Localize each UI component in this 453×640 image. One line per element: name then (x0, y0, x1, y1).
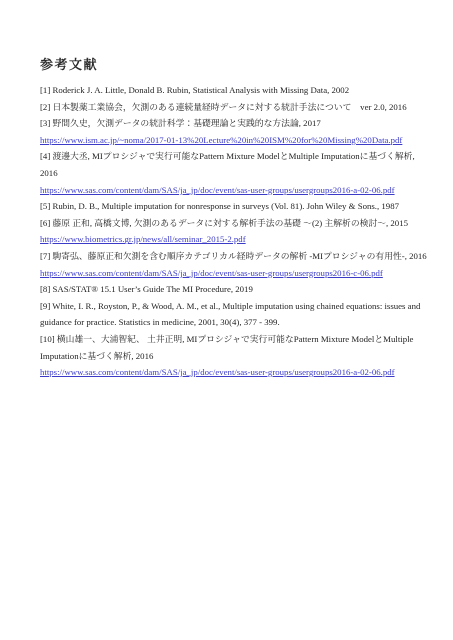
page-content: 参考文献 [1] Roderick J. A. Little, Donald B… (0, 0, 453, 381)
reference-link[interactable]: https://www.ism.ac.jp/~noma/2017-01-13%2… (40, 135, 402, 145)
reference-item: [9] White, I. R., Royston, P., & Wood, A… (40, 298, 427, 331)
document-page: 参考文献 [1] Roderick J. A. Little, Donald B… (0, 0, 453, 640)
reference-text: [6] 藤原 正和, 高橋文博, 欠測のあるデータに対する解析手法の基礎 〜(2… (40, 215, 427, 232)
reference-text: [7] 駒寄弘、藤原正和欠測を含む順序カテゴリカル経時データの解析 -MIプロシ… (40, 248, 427, 265)
reference-url-line: https://www.ism.ac.jp/~noma/2017-01-13%2… (40, 132, 427, 149)
reference-text: [8] SAS/STAT® 15.1 User’s Guide The MI P… (40, 281, 427, 298)
reference-text: [2] 日本製薬工業協会，欠測のある連続量経時データに対する統計手法について v… (40, 99, 427, 116)
reference-text: [5] Rubin, D. B., Multiple imputation fo… (40, 198, 427, 215)
reference-item: [8] SAS/STAT® 15.1 User’s Guide The MI P… (40, 281, 427, 298)
reference-item: [6] 藤原 正和, 高橋文博, 欠測のあるデータに対する解析手法の基礎 〜(2… (40, 215, 427, 248)
reference-text: [4] 渡邊大丞, MIプロシジャで実行可能なPattern Mixture M… (40, 148, 427, 181)
reference-link[interactable]: https://www.sas.com/content/dam/SAS/ja_j… (40, 367, 395, 377)
reference-item: [5] Rubin, D. B., Multiple imputation fo… (40, 198, 427, 215)
reference-url-line: https://www.sas.com/content/dam/SAS/ja_j… (40, 364, 427, 381)
reference-text: [10] 横山雄一、大浦智紀、 土井正明, MIプロシジャで実行可能なPatte… (40, 331, 427, 364)
reference-text: [1] Roderick J. A. Little, Donald B. Rub… (40, 82, 427, 99)
reference-url-line: https://www.sas.com/content/dam/SAS/ja_j… (40, 265, 427, 282)
reference-item: [3] 野間久史，欠測データの統計科学：基礎理論と実践的な方法論, 2017 h… (40, 115, 427, 148)
reference-url-line: https://www.biometrics.gr.jp/news/all/se… (40, 231, 427, 248)
reference-item: [1] Roderick J. A. Little, Donald B. Rub… (40, 82, 427, 99)
reference-link[interactable]: https://www.sas.com/content/dam/SAS/ja_j… (40, 185, 395, 195)
reference-item: [4] 渡邊大丞, MIプロシジャで実行可能なPattern Mixture M… (40, 148, 427, 198)
reference-text: [3] 野間久史，欠測データの統計科学：基礎理論と実践的な方法論, 2017 (40, 115, 427, 132)
reference-link[interactable]: https://www.biometrics.gr.jp/news/all/se… (40, 234, 246, 244)
reference-link[interactable]: https://www.sas.com/content/dam/SAS/ja_j… (40, 268, 383, 278)
reference-text: [9] White, I. R., Royston, P., & Wood, A… (40, 298, 427, 331)
reference-item: [2] 日本製薬工業協会，欠測のある連続量経時データに対する統計手法について v… (40, 99, 427, 116)
page-title: 参考文献 (40, 54, 427, 73)
reference-item: [7] 駒寄弘、藤原正和欠測を含む順序カテゴリカル経時データの解析 -MIプロシ… (40, 248, 427, 281)
reference-url-line: https://www.sas.com/content/dam/SAS/ja_j… (40, 182, 427, 199)
reference-list: [1] Roderick J. A. Little, Donald B. Rub… (40, 82, 427, 381)
reference-item: [10] 横山雄一、大浦智紀、 土井正明, MIプロシジャで実行可能なPatte… (40, 331, 427, 381)
